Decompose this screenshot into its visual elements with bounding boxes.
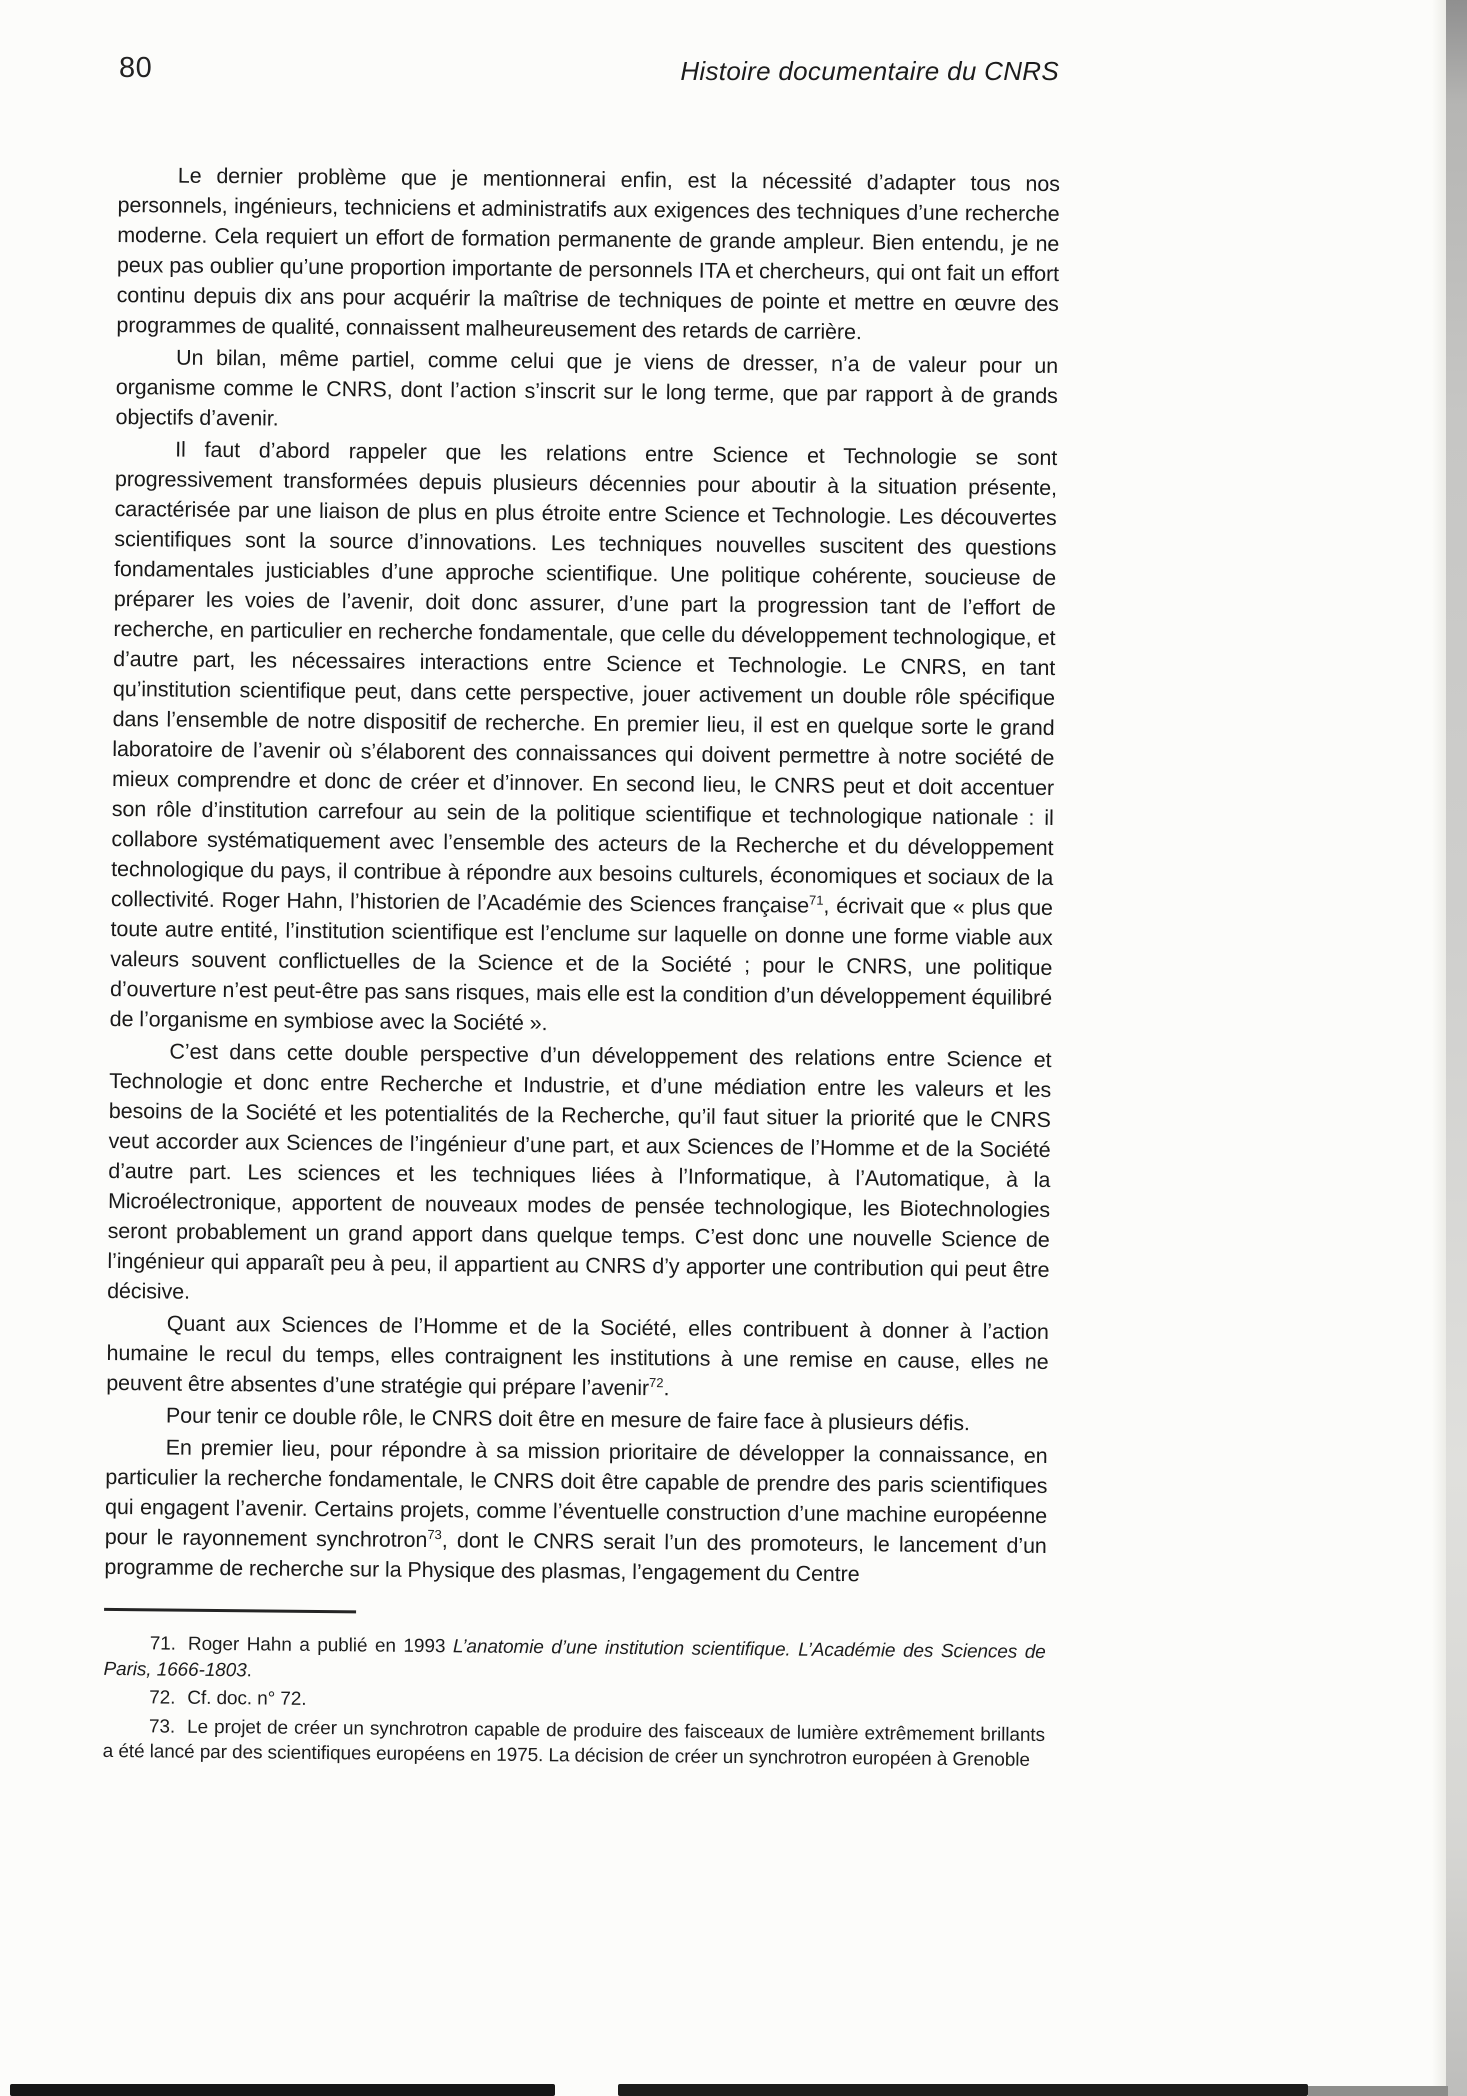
footnote-ref-73: 73: [427, 1527, 442, 1542]
scan-shadow-right: [1432, 0, 1446, 2096]
text-run: .: [247, 1660, 252, 1681]
footnote-ref-72: 72: [649, 1375, 664, 1390]
running-title: Histoire documentaire du CNRS: [680, 56, 1059, 87]
paragraph-3: Il faut d’abord rappeler que les relatio…: [110, 434, 1058, 1043]
scan-edge-bottom-gray: [1308, 2086, 1448, 2096]
scan-edge-bottom-right: [618, 2084, 1308, 2096]
paragraph-1: Le dernier problème que je mentionnerai …: [116, 160, 1060, 349]
page-number: 80: [119, 52, 152, 85]
footnote-73: 73.Le projet de créer un synchrotron cap…: [103, 1713, 1045, 1773]
footnotes-section: 71.Roger Hahn a publié en 1993 L’anatomi…: [103, 1631, 1046, 1774]
footnote-ref-71: 71: [809, 893, 824, 908]
text-run: Le projet de créer un synchrotron capabl…: [103, 1716, 1045, 1771]
scan-edge-bottom-left: [10, 2084, 555, 2096]
footnote-number: 73.: [149, 1716, 175, 1737]
footnote-separator: [104, 1608, 356, 1613]
text-run: Roger Hahn a publié en 1993: [188, 1634, 453, 1658]
paragraph-5: Quant aux Sciences de l’Homme et de la S…: [106, 1308, 1049, 1407]
paragraph-2: Un bilan, même partiel, comme celui que …: [115, 342, 1058, 441]
footnote-number: 71.: [150, 1633, 176, 1654]
footnote-number: 72.: [149, 1687, 175, 1708]
scan-edge-right: [1446, 0, 1467, 2096]
paragraph-4: C’est dans cette double perspective d’un…: [107, 1036, 1052, 1315]
main-text-block: Le dernier problème que je mentionnerai …: [103, 160, 1060, 1776]
text-run: Il faut d’abord rappeler que les relatio…: [111, 438, 1058, 918]
footnote-71: 71.Roger Hahn a publié en 1993 L’anatomi…: [103, 1631, 1045, 1691]
paragraph-7: En premier lieu, pour répondre à sa miss…: [104, 1432, 1047, 1591]
text-run: Quant aux Sciences de l’Homme et de la S…: [106, 1312, 1049, 1401]
text-run: Cf. doc. n° 72.: [187, 1688, 306, 1710]
text-run: .: [663, 1376, 669, 1400]
